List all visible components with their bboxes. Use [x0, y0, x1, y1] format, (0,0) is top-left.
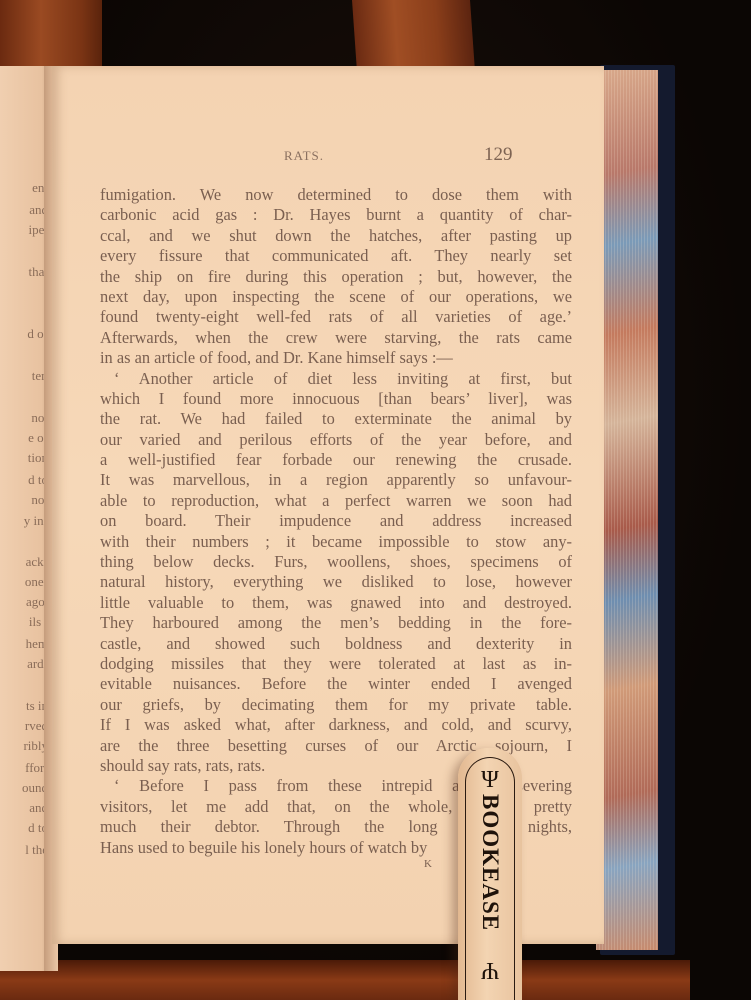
- text-line: little valuable to them, was gnawed into…: [100, 593, 572, 613]
- text-line: on board. Their impudence and address in…: [100, 511, 572, 531]
- text-line: which I found more innocuous [than bears…: [100, 389, 572, 409]
- text-line: Afterwards, when the crew were starving,…: [100, 328, 572, 348]
- text-line: ‘ Another article of diet less inviting …: [100, 369, 572, 389]
- text-line: They harboured among the men’s bedding i…: [100, 613, 572, 633]
- text-line: fumigation. We now determined to dose th…: [100, 185, 572, 205]
- book-stand-ledge: [0, 960, 690, 1000]
- text-line: found twenty-eight well-fed rats of all …: [100, 307, 572, 327]
- book-stand-center-post: [352, 0, 475, 70]
- text-line: evitable nuisances. Before the winter en…: [100, 674, 572, 694]
- text-line: the ship on fire during this operation ;…: [100, 267, 572, 287]
- text-line: castle, and showed such boldness and dex…: [100, 634, 572, 654]
- text-line: next day, upon inspecting the scene of o…: [100, 287, 572, 307]
- signature-mark: K: [424, 858, 432, 870]
- chapter-title: RATS.: [284, 148, 324, 164]
- bookmark-page-clip[interactable]: Ψ BOOKEASE Ψ: [458, 748, 522, 1000]
- text-line: It was marvellous, in a region apparentl…: [100, 470, 572, 490]
- text-line: dodging missiles that they were tolerate…: [100, 654, 572, 674]
- marbled-page-edge: [596, 70, 658, 950]
- text-line: the rat. We had failed to exterminate th…: [100, 409, 572, 429]
- text-line: natural history, everything we disliked …: [100, 572, 572, 592]
- page-number: 129: [484, 144, 513, 166]
- text-line: ccal, and we shut down the hatches, afte…: [100, 226, 572, 246]
- text-line: every fissure that communicated aft. The…: [100, 246, 572, 266]
- text-line: our griefs, by decimating them for my pr…: [100, 695, 572, 715]
- book-stand-left-post: [0, 0, 102, 75]
- text-line: our varied and perilous efforts of the y…: [100, 430, 572, 450]
- bookmark-brand: BOOKEASE: [477, 794, 503, 931]
- text-line: able to reproduction, what a perfect war…: [100, 491, 572, 511]
- trident-ornament-icon: Ψ: [481, 958, 499, 982]
- text-line: carbonic acid gas : Dr. Hayes burnt a qu…: [100, 205, 572, 225]
- text-line: a well-justified fear forbade our renewi…: [100, 450, 572, 470]
- text-line: thing below decks. Furs, woollens, shoes…: [100, 552, 572, 572]
- text-line: with their numbers ; it became impossibl…: [100, 532, 572, 552]
- trident-ornament-icon: Ψ: [481, 768, 499, 792]
- text-line: If I was asked what, after darkness, and…: [100, 715, 572, 735]
- text-line: in as an article of food, and Dr. Kane h…: [100, 348, 572, 368]
